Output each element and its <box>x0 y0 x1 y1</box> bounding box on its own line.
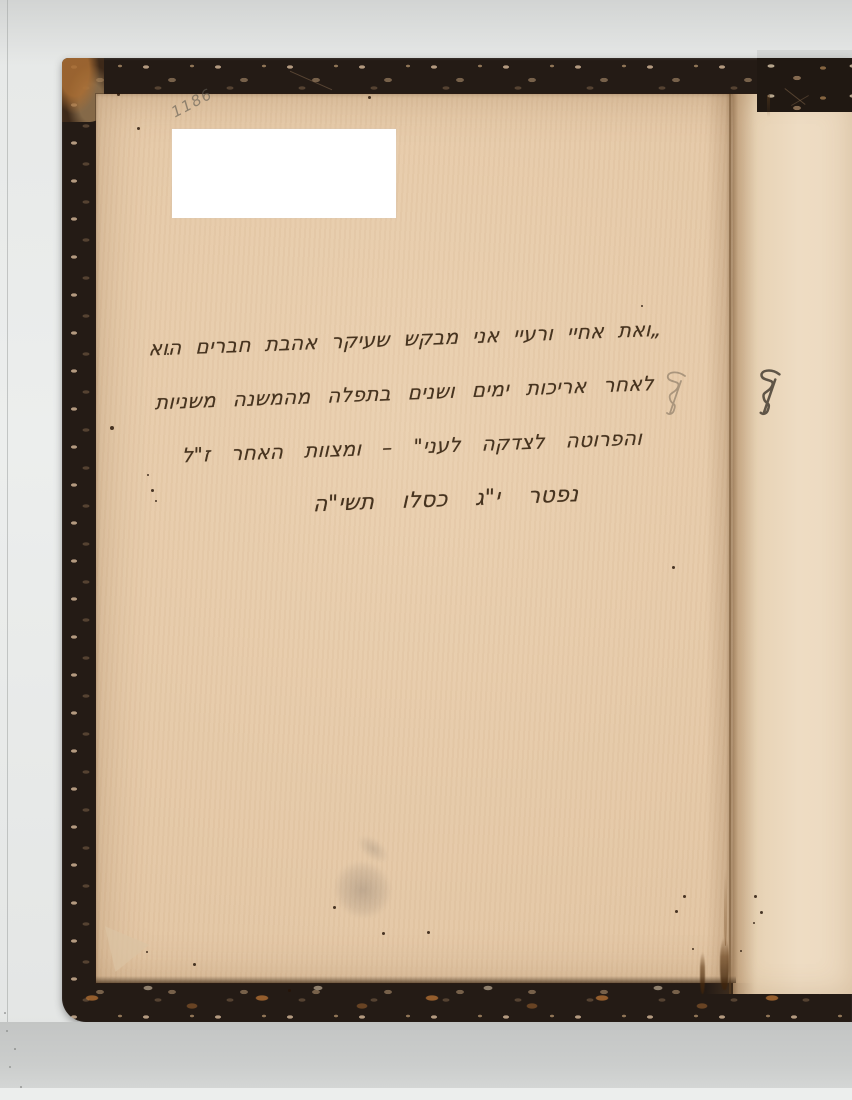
wormhole <box>740 950 742 952</box>
scanned-book-photo: 1186 „ואת אחיי ורעיי אני מבקש שעיקר אהבת… <box>0 0 852 1100</box>
wormhole <box>672 566 675 569</box>
page-bottom-edge-shadow <box>96 976 736 983</box>
wormhole <box>368 96 371 99</box>
scanner-dust-speck <box>14 1048 16 1050</box>
scanner-dust-speck <box>20 1086 22 1088</box>
gutter-stain <box>724 868 727 946</box>
wormhole <box>333 906 336 909</box>
inscription-line: לאחר אריכות ימים ושנים בתפלה מהמשנה משני… <box>155 371 655 414</box>
handwritten-inscription: „ואת אחיי ורעיי אני מבקש שעיקר אהבת חברי… <box>142 303 707 555</box>
pencil-squiggle-mark-right <box>748 366 788 418</box>
wormhole <box>675 910 678 913</box>
wormhole <box>753 922 755 924</box>
wormhole <box>117 93 120 96</box>
wormhole <box>288 989 291 992</box>
inscription-line: נפטר י"ג כסלו תשי"ה <box>313 482 579 517</box>
scanner-dust-speck <box>9 1066 11 1068</box>
wormhole <box>137 127 140 130</box>
wormhole <box>427 931 430 934</box>
scanner-dust-speck <box>4 1012 6 1014</box>
page-gutter-shadow <box>706 94 758 994</box>
wormhole <box>683 895 686 898</box>
gutter-crease-line <box>729 94 731 994</box>
inscription-line: „ואת אחיי ורעיי אני מבקש שעיקר אהבת חברי… <box>148 317 662 361</box>
inscription-line: והפרוטה לצדקה לעני" – ומצוות האחר ז"ל <box>181 426 642 468</box>
wormhole <box>382 932 385 935</box>
gutter-stain <box>720 938 729 990</box>
scanner-dust-speck <box>6 1030 8 1032</box>
wormhole <box>110 426 114 430</box>
gutter-stain <box>700 952 705 994</box>
redaction-box <box>172 129 396 218</box>
wormhole <box>760 911 763 914</box>
wormhole <box>692 948 694 950</box>
wormhole <box>193 963 196 966</box>
scanner-bed-seam <box>7 0 8 1100</box>
gutter-stain <box>767 95 770 117</box>
wormhole <box>146 951 148 953</box>
scanner-bed-bottom-highlight <box>0 1088 852 1100</box>
wormhole <box>754 895 757 898</box>
